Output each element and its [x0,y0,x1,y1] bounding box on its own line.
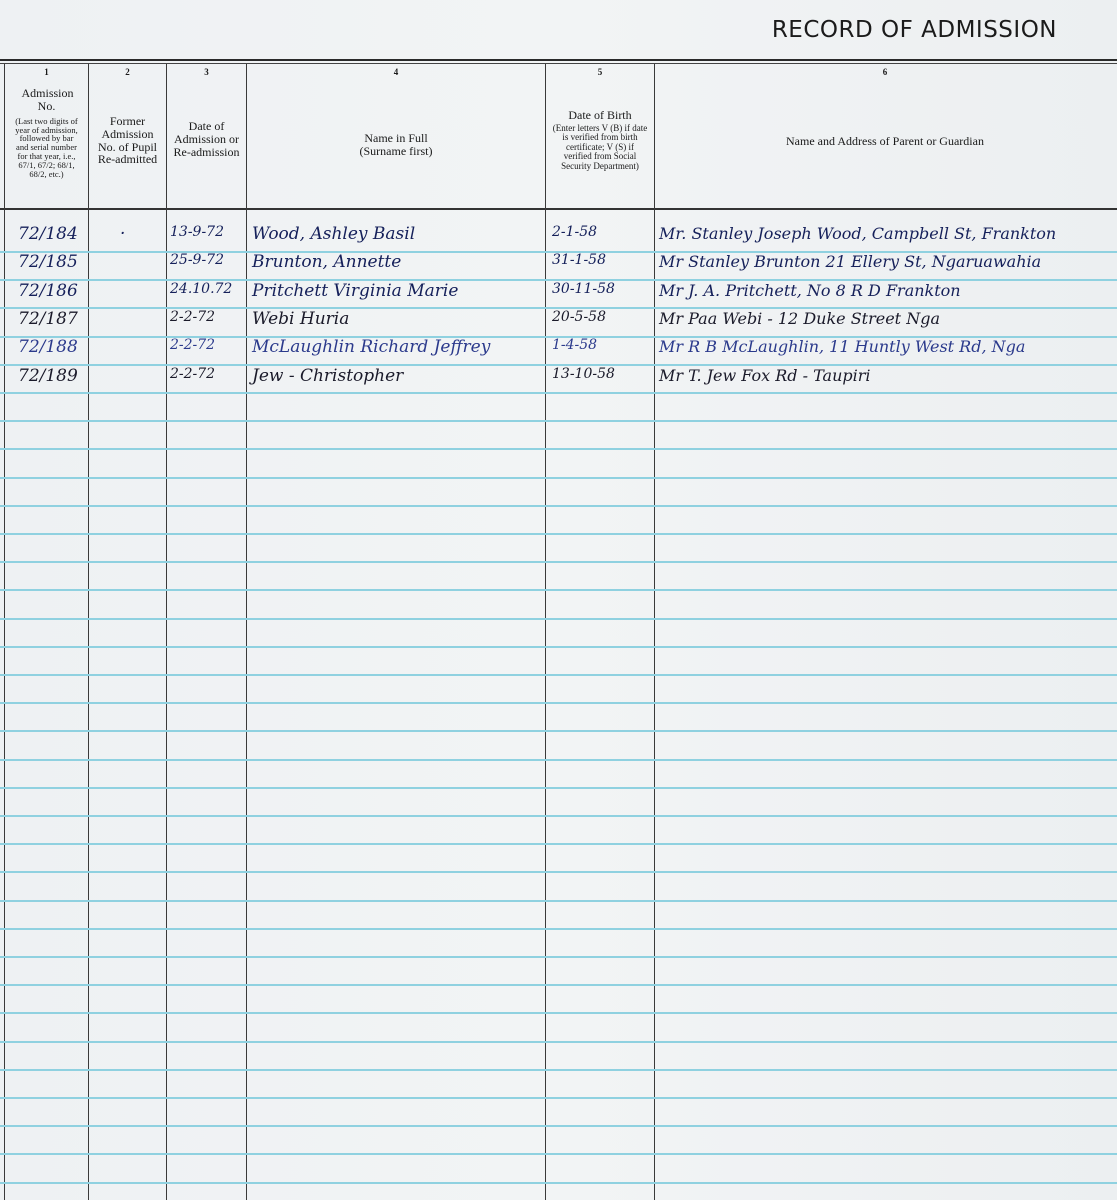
parent-address-cell: Mr. Stanley Joseph Wood, Campbell St, Fr… [659,224,1056,243]
column-heading: Former Admission No. of Pupil Re-admitte… [95,115,161,165]
ruled-line [0,956,1117,958]
column-divider [545,64,546,1200]
page-title: RECORD OF ADMISSION [772,17,1057,43]
ruled-line [0,646,1117,648]
ruled-line [0,815,1117,817]
column-note: (Surname first) [247,145,545,158]
column-header-former-no: 2 Former Admission No. of Pupil Re-admit… [89,66,166,206]
full-name-cell: Brunton, Annette [252,252,401,272]
ruled-line [0,759,1117,761]
date-admission-cell: 2-2-72 [170,337,215,353]
ledger-page: RECORD OF ADMISSION 1 Admission No. (Las… [0,0,1117,1200]
admission-no-cell: 72/184 [18,224,78,244]
ruled-line [0,420,1117,422]
ruled-line [0,561,1117,563]
column-number: 6 [655,68,1115,77]
admission-no-cell: 72/188 [18,337,78,357]
date-admission-cell: 2-2-72 [170,366,215,382]
former-no-cell: · [120,224,125,244]
dob-cell: 1-4-58 [552,337,597,353]
column-divider [88,64,89,1200]
ruled-line [0,900,1117,902]
full-name-cell: McLaughlin Richard Jeffrey [252,337,490,357]
dob-cell: 2-1-58 [552,224,597,240]
admission-no-cell: 72/186 [18,281,78,301]
ruled-line [0,702,1117,704]
ruled-line [0,928,1117,930]
ruled-line [0,730,1117,732]
column-divider [654,64,655,1200]
dob-cell: 30-11-58 [552,281,615,297]
header-top-rule [0,59,1117,61]
column-divider [4,64,5,1200]
ruled-line [0,787,1117,789]
column-note: (Enter letters V (B) if date is verified… [551,124,649,171]
column-header-name: 4 Name in Full (Surname first) [247,66,545,206]
admission-no-cell: 72/187 [18,309,78,329]
ruled-line [0,1153,1117,1155]
column-number: 5 [546,68,654,77]
dob-cell: 31-1-58 [552,252,606,268]
column-number: 2 [89,68,166,77]
column-heading: Name and Address of Parent or Guardian [655,135,1115,148]
ruled-line [0,533,1117,535]
ruled-line [0,448,1117,450]
full-name-cell: Wood, Ashley Basil [252,224,415,244]
column-number: 1 [5,68,88,77]
ruled-line [0,618,1117,620]
dob-cell: 20-5-58 [552,309,606,325]
parent-address-cell: Mr J. A. Pritchett, No 8 R D Frankton [659,281,961,300]
dob-cell: 13-10-58 [552,366,615,382]
column-heading: Date of Birth [546,109,654,122]
ruled-line [0,1041,1117,1043]
ruled-line [0,505,1117,507]
full-name-cell: Webi Huria [252,309,349,329]
parent-address-cell: Mr T. Jew Fox Rd - Taupiri [659,366,871,385]
date-admission-cell: 13-9-72 [170,224,224,240]
column-note: (Last two digits of year of admission, f… [14,117,80,179]
admission-no-cell: 72/189 [18,366,78,386]
column-number: 3 [167,68,246,77]
date-admission-cell: 24.10.72 [170,281,232,297]
ruled-line [0,871,1117,873]
ruled-line [0,477,1117,479]
column-header-parent: 6 Name and Address of Parent or Guardian [655,66,1115,206]
ruled-line [0,1125,1117,1127]
header-bottom-rule [0,208,1117,210]
header-top-rule-inner [0,63,1117,64]
date-admission-cell: 25-9-72 [170,252,224,268]
column-heading: Date of Admission or Re-admission [172,120,242,158]
ruled-line [0,984,1117,986]
ruled-line [0,589,1117,591]
parent-address-cell: Mr Paa Webi - 12 Duke Street Nga [659,309,940,328]
ruled-line [0,392,1117,394]
ruled-line [0,843,1117,845]
ruled-line [0,1182,1117,1184]
column-header-dob: 5 Date of Birth (Enter letters V (B) if … [546,66,654,206]
column-number: 4 [247,68,545,77]
ruled-line [0,1012,1117,1014]
column-header-admission-no: 1 Admission No. (Last two digits of year… [5,66,88,206]
column-header-date-admission: 3 Date of Admission or Re-admission [167,66,246,206]
admission-no-cell: 72/185 [18,252,78,272]
parent-address-cell: Mr Stanley Brunton 21 Ellery St, Ngaruaw… [659,252,1041,271]
ruled-line [0,674,1117,676]
date-admission-cell: 2-2-72 [170,309,215,325]
ruled-line [0,1097,1117,1099]
full-name-cell: Jew - Christopher [252,366,403,386]
full-name-cell: Pritchett Virginia Marie [252,281,458,301]
column-divider [166,64,167,1200]
parent-address-cell: Mr R B McLaughlin, 11 Huntly West Rd, Ng… [659,337,1025,356]
column-heading: Admission No. [22,87,72,112]
ruled-line [0,1069,1117,1071]
column-divider [246,64,247,1200]
